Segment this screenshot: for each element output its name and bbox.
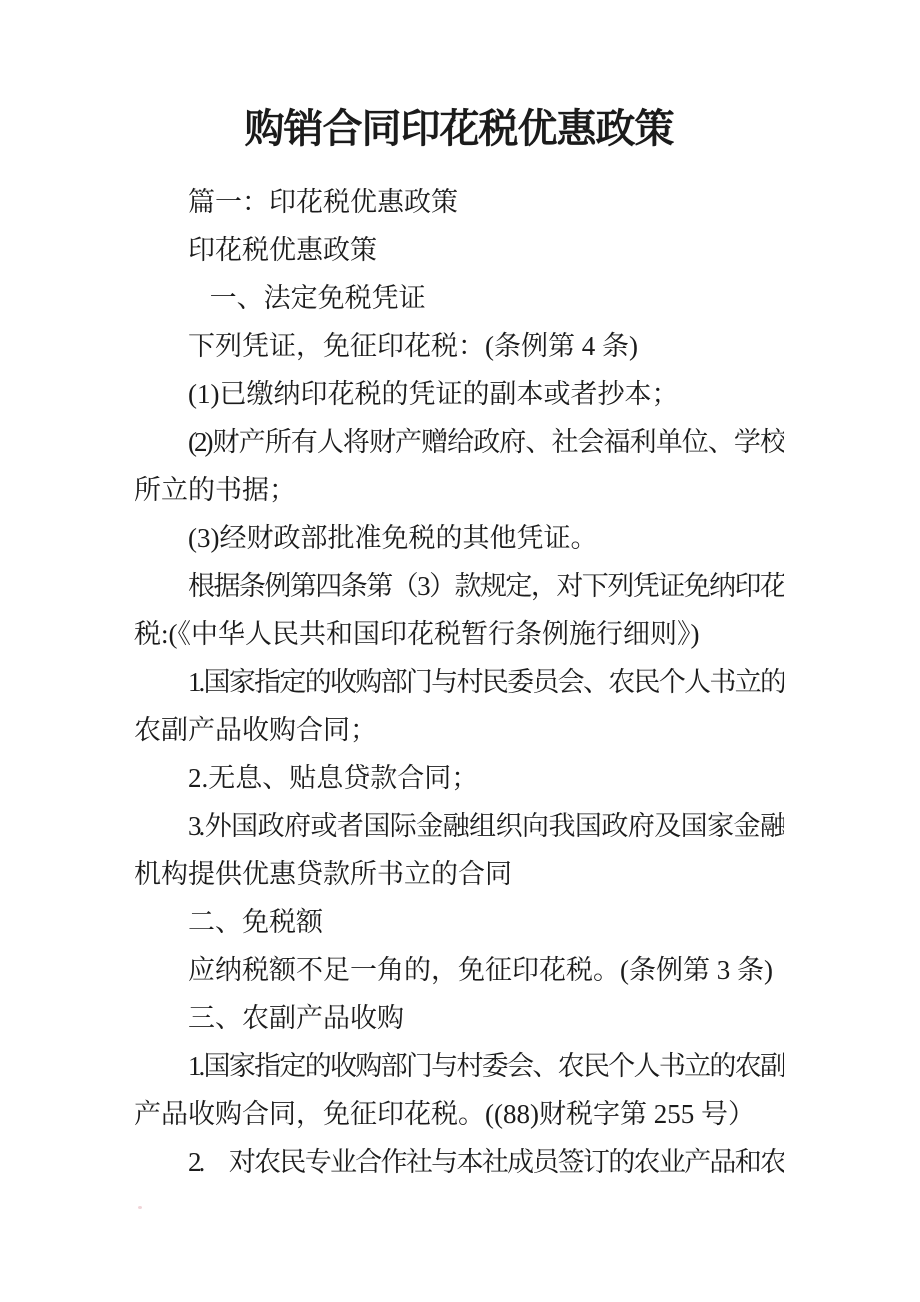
text-line: (1)已缴纳印花税的凭证的副本或者抄本； [134, 370, 784, 418]
text-line: 所立的书据； [134, 466, 784, 514]
text-line: 机构提供优惠贷款所书立的合同 [134, 850, 784, 898]
text-line: 1.国家指定的收购部门与村委会、农民个人书立的农副 [134, 1042, 784, 1090]
document-content: 购销合同印花税优惠政策 篇一：印花税优惠政策印花税优惠政策一、法定免税凭证下列凭… [134, 100, 784, 1186]
text-line: 二、免税额 [134, 898, 784, 946]
text-line: 下列凭证，免征印花税：(条例第 4 条) [134, 322, 784, 370]
document-body: 篇一：印花税优惠政策印花税优惠政策一、法定免税凭证下列凭证，免征印花税：(条例第… [134, 178, 784, 1186]
text-line: 应纳税额不足一角的，免征印花税。(条例第 3 条) [134, 946, 784, 994]
text-line: (3)经财政部批准免税的其他凭证。 [134, 514, 784, 562]
text-line: 一、法定免税凭证 [134, 274, 784, 322]
text-line: 1.国家指定的收购部门与村民委员会、农民个人书立的 [134, 658, 784, 706]
text-line: 三、农副产品收购 [134, 994, 784, 1042]
scan-artifact-dot [138, 1206, 142, 1209]
document-page: 购销合同印花税优惠政策 篇一：印花税优惠政策印花税优惠政策一、法定免税凭证下列凭… [0, 0, 920, 1302]
text-line: 篇一：印花税优惠政策 [134, 178, 784, 226]
text-line: 产品收购合同，免征印花税。((88)财税字第 255 号） [134, 1090, 784, 1138]
text-line: 3.外国政府或者国际金融组织向我国政府及国家金融 [134, 802, 784, 850]
document-title: 购销合同印花税优惠政策 [134, 100, 784, 158]
text-line: 2.无息、贴息贷款合同； [134, 754, 784, 802]
text-line: 2. 对农民专业合作社与本社成员签订的农业产品和农 [134, 1138, 784, 1186]
text-line: 根据条例第四条第（3）款规定，对下列凭证免纳印花 [134, 562, 784, 610]
text-line: 印花税优惠政策 [134, 226, 784, 274]
text-line: (2)财产所有人将财产赠给政府、社会福利单位、学校 [134, 418, 784, 466]
text-line: 税:(《中华人民共和国印花税暂行条例施行细则》) [134, 610, 784, 658]
text-line: 农副产品收购合同； [134, 706, 784, 754]
